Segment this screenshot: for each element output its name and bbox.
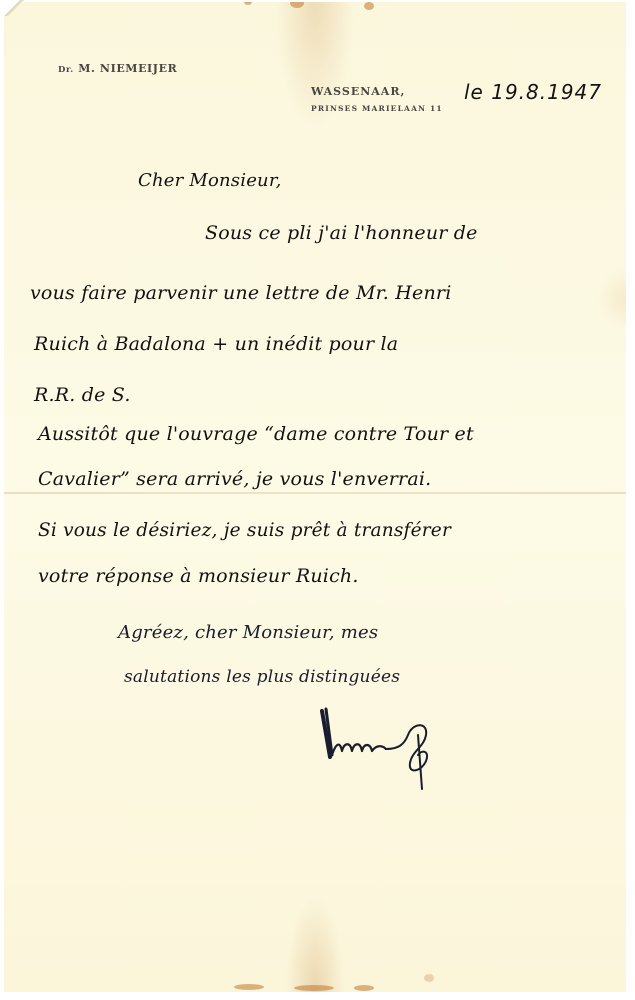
letter-date: le 19.8.1947 bbox=[464, 80, 602, 104]
rust-stain bbox=[424, 974, 434, 982]
body-line-6: Cavalier” sera arrivé, je vous l'enverra… bbox=[38, 468, 431, 490]
body-line-1: Sous ce pli j'ai l'honneur de bbox=[205, 222, 478, 244]
rust-stain bbox=[234, 984, 264, 990]
rust-stain bbox=[294, 985, 334, 991]
letterhead-town: WASSENAAR, bbox=[311, 85, 405, 98]
folded-corner bbox=[0, 0, 24, 16]
closing-line-1: Agréez, cher Monsieur, mes bbox=[118, 622, 378, 643]
letterhead-name: Dr. M. NIEMEIJER bbox=[58, 62, 177, 75]
rust-stain bbox=[290, 0, 304, 8]
body-line-7: Si vous le désiriez, je suis prêt à tran… bbox=[38, 520, 451, 541]
letterhead-street: PRINSES MARIELAAN 11 bbox=[311, 104, 443, 113]
letterhead-surname: M. NIEMEIJER bbox=[78, 62, 177, 75]
closing-line-2: salutations les plus distinguées bbox=[124, 667, 400, 687]
letter-page bbox=[4, 2, 626, 992]
paper-fold-line bbox=[4, 492, 626, 494]
letterhead-title: Dr. bbox=[58, 65, 74, 75]
body-line-4: R.R. de S. bbox=[34, 384, 131, 406]
body-line-8: votre réponse à monsieur Ruich. bbox=[38, 565, 359, 587]
rust-stain bbox=[244, 0, 252, 5]
rust-stain bbox=[364, 2, 374, 10]
body-line-5: Aussitôt que l'ouvrage “dame contre Tour… bbox=[38, 423, 474, 445]
rust-stain bbox=[354, 985, 374, 991]
body-line-3: Ruich à Badalona + un inédit pour la bbox=[34, 333, 398, 355]
body-line-2: vous faire parvenir une lettre de Mr. He… bbox=[30, 282, 452, 304]
signature: M. Niemeijer (signature) bbox=[318, 705, 448, 795]
salutation: Cher Monsieur, bbox=[138, 170, 282, 191]
